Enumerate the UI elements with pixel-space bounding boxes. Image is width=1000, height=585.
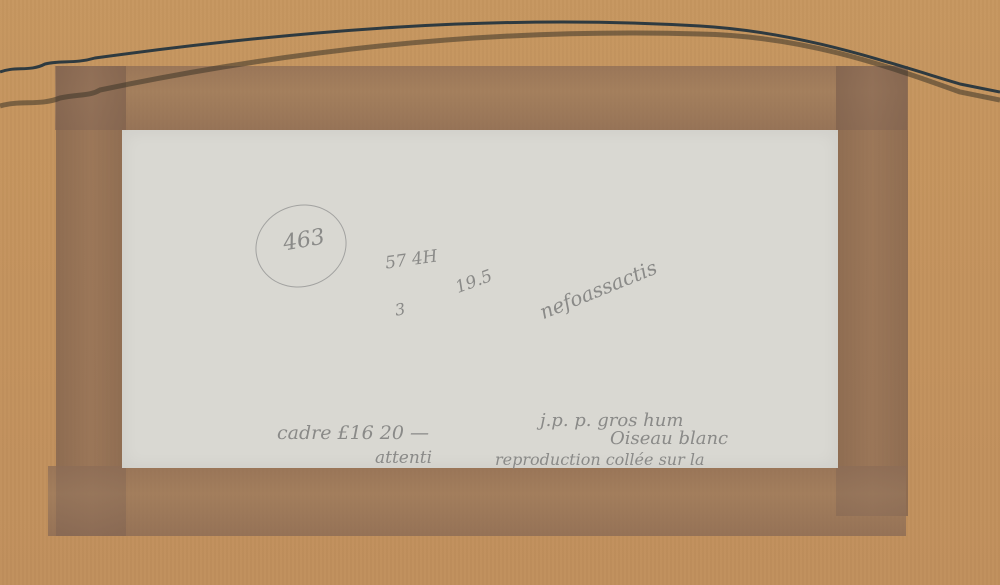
artwork-back-photo: 463 57 4H 19.5 3 nefoassactis cadre £16 … [0, 0, 1000, 585]
hanging-wire [0, 0, 1000, 585]
